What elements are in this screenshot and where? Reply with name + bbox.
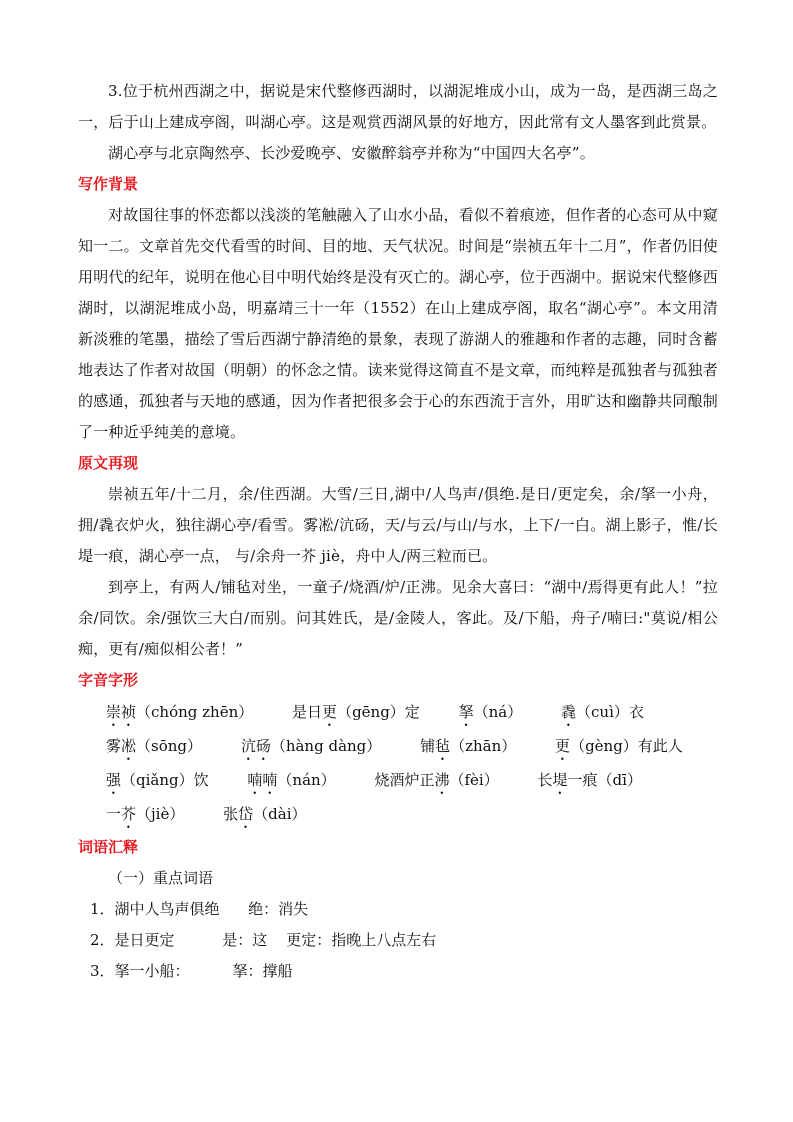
pronunciation-item: 拏（ná） (459, 696, 523, 730)
pronunciation-row: 强（qiǎng）饮 喃喃（nán） 烧酒炉正沸（fèi） 长堤一痕（dī） (78, 764, 718, 798)
pronunciation-item: 张岱（dài） (223, 798, 306, 832)
original-paragraph-1: 崇祯五年/十二月，余/住西湖。大雪/三日,湖中/人鸟声/俱绝.是日/更定矣，余/… (78, 479, 718, 572)
vocabulary-item: 1．湖中人鸟声俱绝 绝：消失 (78, 894, 718, 925)
document-page: 3.位于杭州西湖之中，据说是宋代整修西湖时，以湖泥堆成小山，成为一岛，是西湖三岛… (78, 76, 718, 987)
pronunciation-row: 雾凇（sōng） 沆砀（hàng dàng） 铺毡（zhān） 更（gèng）有… (78, 730, 718, 764)
pronunciation-item: 强（qiǎng）饮 (106, 764, 209, 798)
pronunciation-row: 崇祯（chóng zhēn） 是日更（gēng）定 拏（ná） 毳（cuì）衣 (78, 696, 718, 730)
pronunciation-item: 喃喃（nán） (247, 764, 335, 798)
pronunciation-row: 一芥（jiè） 张岱（dài） (78, 798, 718, 832)
pronunciation-item: 沆砀（hàng dàng） (241, 730, 381, 764)
intro-paragraph-1: 3.位于杭州西湖之中，据说是宋代整修西湖时，以湖泥堆成小山，成为一岛，是西湖三岛… (78, 76, 718, 138)
pronunciation-item: 长堤一痕（dī） (538, 764, 642, 798)
pronunciation-item: 更（gèng）有此人 (555, 730, 683, 764)
vocabulary-item: 3．拏一小船： 拏：撑船 (78, 956, 718, 987)
section-heading-original: 原文再现 (78, 448, 718, 479)
pronunciation-item: 铺毡（zhān） (420, 730, 516, 764)
pronunciation-item: 烧酒炉正沸（fèi） (374, 764, 498, 798)
pronunciation-item: 毳（cuì）衣 (561, 696, 644, 730)
pronunciation-item: 雾凇（sōng） (106, 730, 202, 764)
vocabulary-item: 2．是日更定 是：这 更定：指晚上八点左右 (78, 925, 718, 956)
pronunciation-item: 崇祯（chóng zhēn） (106, 696, 253, 730)
original-paragraph-2: 到亭上，有两人/铺毡对坐，一童子/烧酒/炉/正沸。见余大喜曰：“湖中/焉得更有此… (78, 572, 718, 665)
intro-paragraph-2: 湖心亭与北京陶然亭、长沙爱晚亭、安徽醉翁亭并称为“中国四大名亭”。 (78, 138, 718, 169)
background-paragraph: 对故国往事的怀恋都以浅淡的笔触融入了山水小品，看似不着痕迹，但作者的心态可从中窥… (78, 200, 718, 448)
pronunciation-item: 是日更（gēng）定 (292, 696, 420, 730)
pronunciation-item: 一芥（jiè） (106, 798, 184, 832)
vocabulary-subheading: （一）重点词语 (78, 863, 718, 894)
section-heading-pronunciation: 字音字形 (78, 665, 718, 696)
section-heading-background: 写作背景 (78, 169, 718, 200)
section-heading-vocabulary: 词语汇释 (78, 832, 718, 863)
pronunciation-list: 崇祯（chóng zhēn） 是日更（gēng）定 拏（ná） 毳（cuì）衣 … (78, 696, 718, 832)
